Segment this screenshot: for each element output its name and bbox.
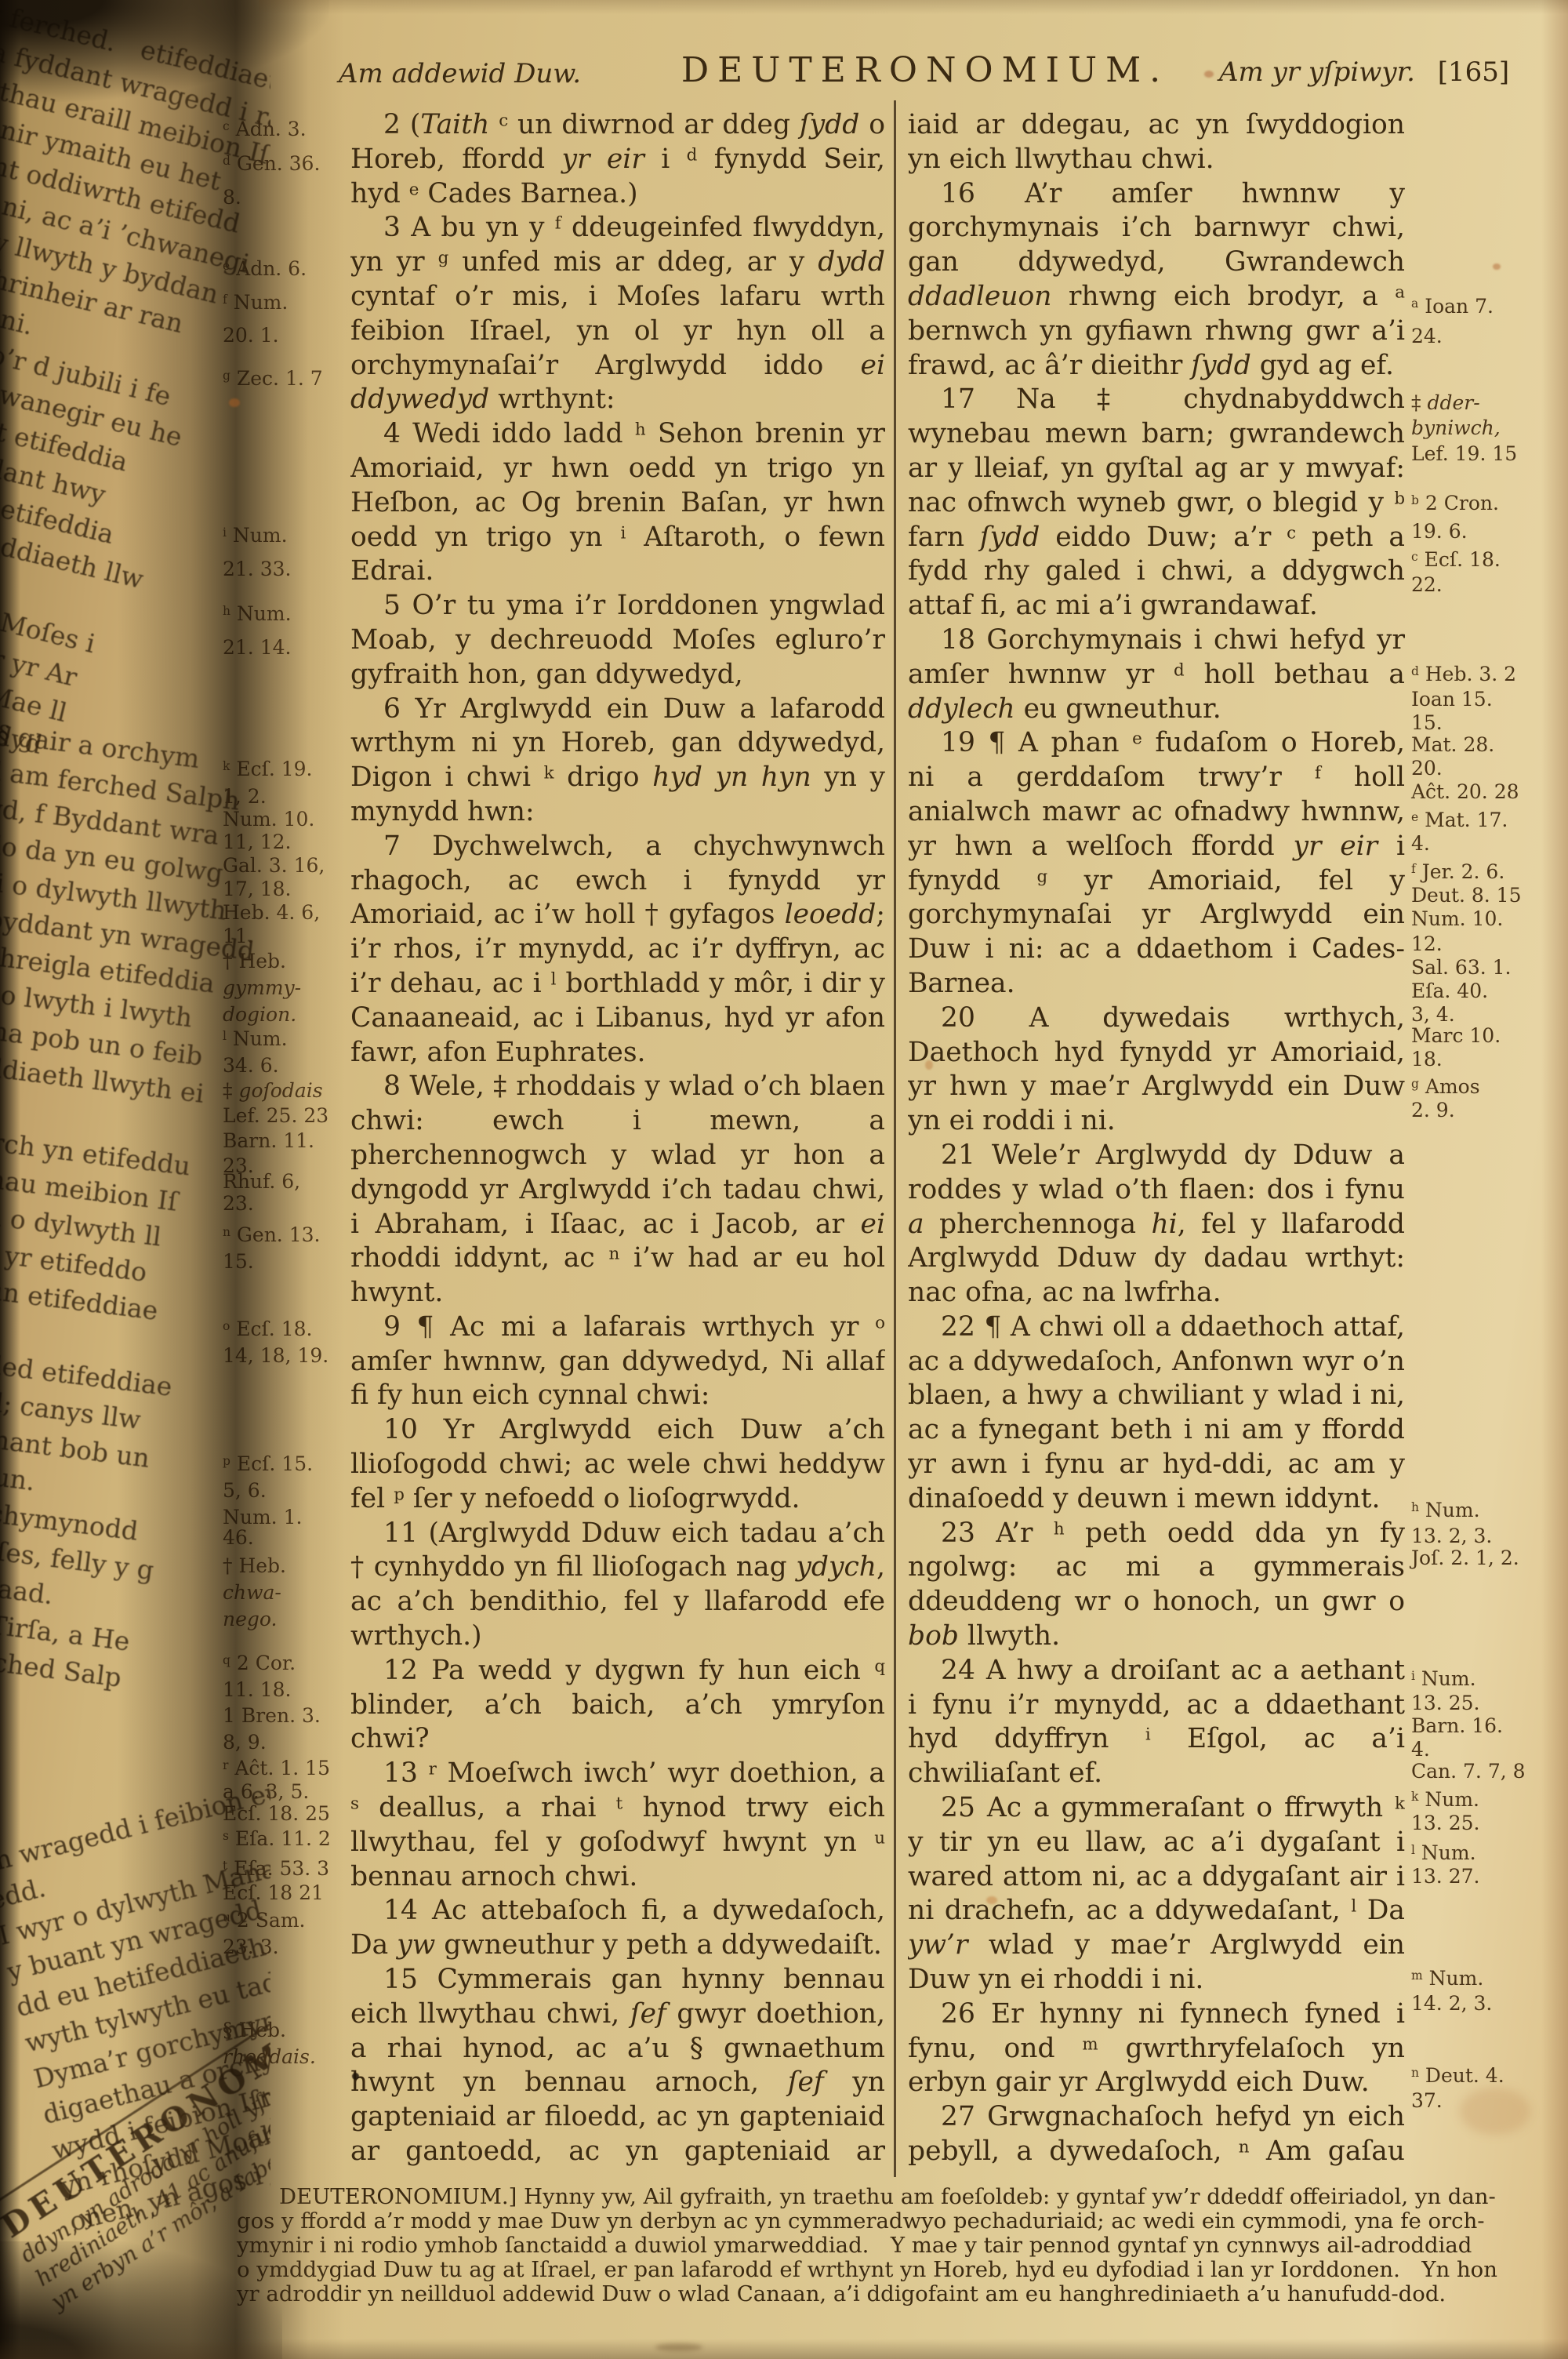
running-head-left: Am addewid Duw. [339,58,581,89]
left-edge-shadow [0,0,20,2359]
margin-note: chwa- [223,1581,281,1604]
verse: 18 Gorchymynais i chwi hefyd yr amſer hw… [908,623,1405,726]
margin-note: Aĉt. 20. 28 [1411,780,1519,803]
verse: 25 Ac a gymmeraſant o ffrwyth k y tir yn… [908,1791,1405,1997]
margin-note: d Gen. 36. [223,152,320,175]
top-left-corner-shadow [0,0,329,102]
margin-note: † Heb. [223,950,286,972]
margin-note: ‡ dder- [1411,391,1480,414]
verse: 27 Grwgnachaſoch hefyd yn eich pebyll, a… [908,2100,1405,2169]
verse: 21 Wele’r Arglwydd dy Dduw a roddes y wl… [908,1139,1405,1310]
margin-note: 12. [1411,932,1443,955]
verse: 26 Er hynny ni fynnech fyned i fynu, ond… [908,1997,1405,2100]
margin-note: 21. 14. [223,636,291,659]
margin-note: 13. 2, 3. [1411,1525,1492,1547]
margin-note: 23. [223,1192,254,1215]
verse: 6 Yr Arglwydd ein Duw a lafarodd wrthym … [350,692,885,830]
verse: 12 Pa wedd y dygwn fy hun eich q blinder… [350,1654,885,1757]
verse: 15 Cymmerais gan hynny bennau eich llwyt… [350,1963,885,2169]
margin-note: gymmy- [223,976,301,999]
margin-note: dogion. [223,1003,296,1026]
footer-line: o ymddygiad Duw tu ag at Iſrael, er pan … [237,2258,1560,2282]
margin-note: 1 Bren. 3. [223,1704,321,1727]
margin-note: a Ioan 7. [1411,295,1494,318]
margin-note: 2. 9. [1411,1099,1455,1121]
margin-note: 23. 3. [223,1936,279,1958]
top-edge-shade [259,0,1568,14]
margin-note: 13. 25. [1411,1692,1479,1714]
margin-note: g Amοs [1411,1075,1480,1098]
verse: 23 A’r h peth oedd dda yn fy ngolwg: ac … [908,1517,1405,1654]
margin-note: 1, 2. [223,785,267,808]
margin-note: Lef. 25. 23 [223,1104,328,1127]
margin-note: 24. [1411,325,1443,347]
margin-note: 8. [223,186,241,209]
margin-note: nego. [223,1608,277,1630]
margin-note: 5, 6. [223,1479,267,1502]
verse: 7 Dychwelwch, a chychwynwch rhagoch, ac … [350,830,885,1070]
margin-note: 37. [1411,2089,1443,2112]
margin-note: k Ecſ. 19. [223,758,313,780]
verse: 8 Wele, ‡ rhoddais y wlad o’ch blaen chw… [350,1070,885,1310]
margin-note: 15. [223,1250,254,1273]
margin-note: u 2 Sam. [223,1909,305,1932]
left-text-column: 2 (Taith c un diwrnod ar ddeg ſydd o Hor… [350,108,885,2169]
margin-note: 21. 33. [223,558,291,580]
margin-note: c Ecſ. 18. [1411,548,1501,571]
margin-note: † Heb. [223,1554,286,1577]
margin-note: Eſa. 40. [1411,980,1488,1002]
verse: 17 Na ‡ chydnabyddwch wynebau mewn barn;… [908,383,1405,623]
margin-note: h Num. [1411,1499,1480,1521]
verse: 20 A dywedais wrthych, Daethoch hyd fyny… [908,1001,1405,1139]
margin-note: 4. [1411,832,1430,855]
verse: 3 A bu yn y f ddeugeinfed flwyddyn, yn y… [350,211,885,417]
margin-note: 15. [1411,711,1443,734]
margin-note: Marc 10. [1411,1024,1501,1047]
footer-line: yr adroddir yn neillduol addewid Duw o w… [237,2282,1560,2306]
margin-note: Ioan 15. [1411,688,1493,711]
margin-note: g Zec. 1. 7 [223,367,323,390]
margin-note: a 6. 3, 5. [223,1780,309,1803]
page-title: DEUTERONOMIUM. [619,50,1231,90]
margin-note: i Num. [223,524,288,547]
verse: 14 Ac attebaſoch fi, a dywedaſoch, Da yw… [350,1894,885,1963]
margin-note: 22. [1411,573,1443,596]
margin-note: Ecſ. 18 21 [223,1881,324,1904]
margin-note: 20. 1. [223,324,279,347]
margin-note: 18. [1411,1048,1443,1070]
margin-note: d Heb. 3. 2 [1411,663,1516,685]
margin-note: f Jer. 2. 6. [1411,860,1504,883]
verse: 16 A’r amſer hwnnw y gorchymynais i’ch b… [908,177,1405,383]
verse: 5 O’r tu yma i’r Iorddonen yngwlad Moab,… [350,589,885,692]
margin-note: 13. 25. [1411,1812,1479,1834]
verse: 10 Yr Arglwydd eich Duw a’ch llioſogodd … [350,1413,885,1516]
margin-note: n Gen. 13. [223,1223,320,1246]
margin-note: c Adn. 3. [223,118,307,140]
margin-note: r Aĉt. 1. 15 [223,1757,330,1779]
margin-note: 20. [1411,757,1443,780]
margin-note: b 2 Cron. [1411,492,1499,514]
margin-note: n Deut. 4. [1411,2064,1504,2087]
column-divider [894,100,896,2177]
margin-note: Num. 10. [223,808,314,831]
left-margin-notes: c Adn. 3.d Gen. 36.8.e Adn. 6.f Num.20. … [223,0,347,2359]
margin-note: Ecſ. 18. 25 [223,1802,330,1825]
margin-note: Barn. 16. [1411,1714,1503,1737]
margin-note: Num. 1. [223,1506,302,1528]
verse: 2 (Taith c un diwrnod ar ddeg ſydd o Hor… [350,108,885,211]
margin-note: p Ecſ. 15. [223,1452,313,1475]
margin-note: 14. 2, 3. [1411,1992,1492,2015]
margin-note: l Num. [223,1027,288,1050]
margin-note: Rhuf. 6, [223,1170,300,1193]
margin-note: Barn. 11. [223,1129,314,1152]
margin-note: i Num. [1411,1667,1476,1690]
margin-note: 4. [1411,1738,1430,1761]
margin-note: s Eſa. 11. 2 [223,1827,331,1850]
margin-note: Gal. 3. 16, [223,854,325,877]
margin-note: 14, 18, 19. [223,1344,328,1367]
margin-note: h Num. [223,602,292,625]
verse: 13 r Moeſwch iwch’ wyr doethion, a s dea… [350,1757,885,1894]
margin-note: f Num. [223,291,288,314]
margin-note: Lef. 19. 15 [1411,442,1517,465]
margin-note: Num. 10. [1411,907,1503,930]
margin-note: Joſ. 2. 1, 2. [1411,1547,1519,1569]
margin-note: t Eſa. 53. 3 [223,1857,329,1880]
margin-note: 3, 4. [1411,1003,1455,1026]
margin-note: Deut. 8. 15 [1411,884,1522,907]
margin-note: 11. 18. [223,1678,291,1701]
verse: 11 (Arglwydd Dduw eich tadau a’ch † cynh… [350,1517,885,1654]
margin-note: l Num. [1411,1841,1476,1864]
chapter-summary-footer: DEUTERONOMIUM.] Hynny yw, Ail gyfraith, … [237,2185,1560,2306]
margin-note: ‡ goſodais [223,1079,323,1102]
margin-note: Heb. 4. 6, [223,901,320,924]
verse: 24 A hwy a droiſant ac a aethant i fynu … [908,1654,1405,1791]
margin-note: q 2 Cor. [223,1652,296,1674]
margin-note: 13. 27. [1411,1865,1479,1888]
verse: 22 ¶ A chwi oll a ddaethoch attaf, ac a … [908,1310,1405,1517]
margin-note: e Mat. 17. [1411,809,1508,831]
margin-note: 34. 6. [223,1054,279,1077]
footer-line: gos y ffordd a’r modd y mae Duw yn derby… [237,2209,1560,2234]
verse: iaid ar ddegau, ac yn ſwyddogion yn eich… [908,108,1405,177]
margin-note: m Num. [1411,1967,1483,1990]
margin-note: 19. 6. [1411,520,1468,543]
margin-note: e Adn. 6. [223,257,307,280]
margin-note: 17, 18. [223,878,291,900]
footer-line: ymynir i ni rodio ymhob ſanctaidd a duwi… [237,2234,1560,2258]
margin-note: rhoddais. [223,2045,316,2068]
verse: 9 ¶ Ac mi a lafarais wrthych yr o amſer … [350,1310,885,1413]
right-edge-shade [1541,0,1568,2359]
running-head-right-text: Am yr yſpiwyr. [1219,56,1415,88]
right-text-column: iaid ar ddegau, ac yn ſwyddogion yn eich… [908,108,1405,2169]
margin-note: 11, 12. [223,831,291,853]
verse: 19 ¶ A phan e fudaſom o Horeb, ni a gerd… [908,726,1405,1001]
margin-note: 11. [223,925,254,947]
bottom-edge-shade [0,2339,1568,2359]
footer-line: DEUTERONOMIUM.] Hynny yw, Ail gyfraith, … [237,2185,1560,2209]
verse: 4 Wedi iddo ladd h Sehon brenin yr Amori… [350,417,885,589]
margin-note: Can. 7. 7, 8 [1411,1760,1526,1783]
antique-bible-page: d i’w ferched. etifeddiaeth Salphwy a fy… [0,0,1568,2359]
margin-note: k Num. [1411,1788,1479,1811]
margin-note: Sal. 63. 1. [1411,956,1511,979]
margin-note: 8, 9. [223,1731,267,1754]
margin-note: § Heb. [223,2019,286,2041]
margin-note: Mat. 28. [1411,733,1494,756]
margin-note: o Ecſ. 18. [223,1318,312,1340]
margin-note: 46. [223,1526,254,1549]
margin-note: byniwch, [1411,416,1501,439]
